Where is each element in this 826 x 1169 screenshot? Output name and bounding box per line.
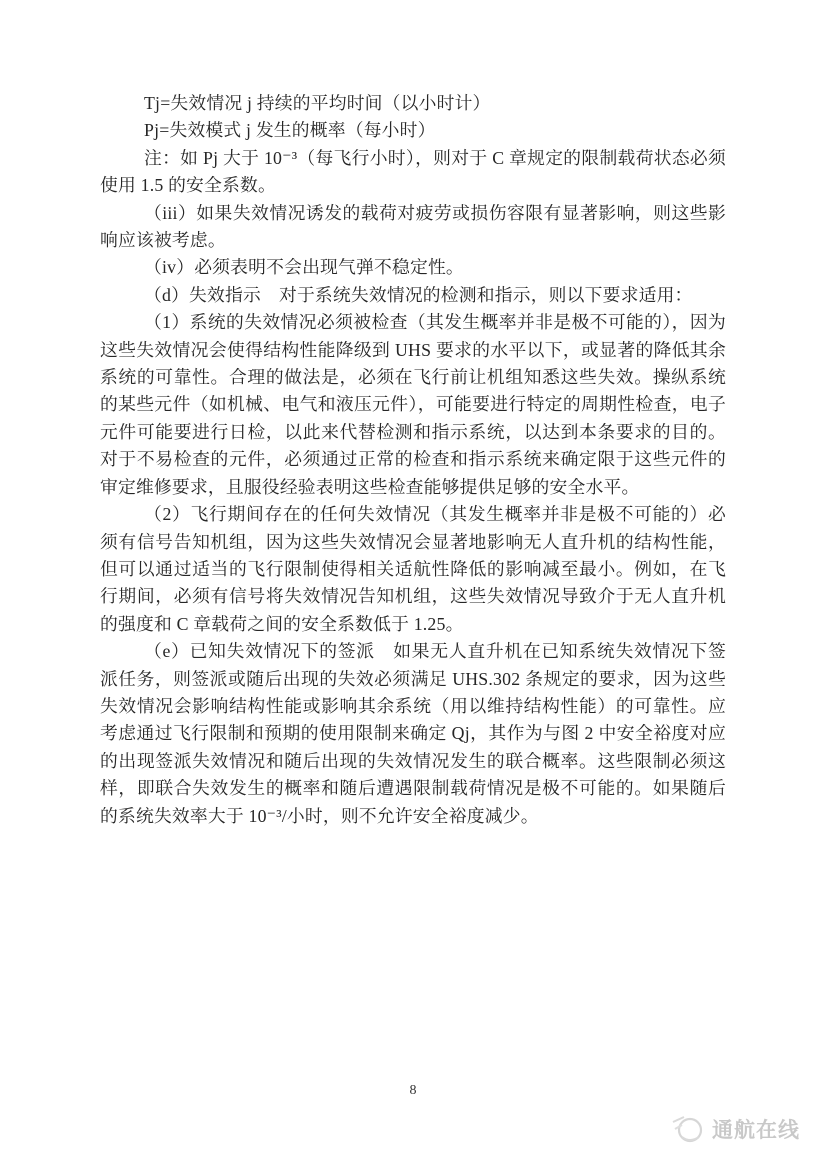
paragraph-d2: （2）飞行期间存在的任何失效情况（其发生概率并非是极不可能的）必须有信号告知机组… — [100, 501, 726, 638]
watermark-logo: 通航在线 — [669, 1110, 800, 1148]
watermark-text: 通航在线 — [712, 1114, 800, 1144]
definition-line-tj: Tj=失效情况 j 持续的平均时间（以小时计） — [100, 90, 726, 117]
page-number: 8 — [0, 1083, 826, 1099]
paragraph-d1: （1）系统的失效情况必须被检查（其发生概率并非是极不可能的），因为这些失效情况会… — [100, 309, 726, 501]
paragraph-e: （e）已知失效情况下的签派 如果无人直升机在已知系统失效情况下签派任务，则签派或… — [100, 638, 726, 830]
paragraph-iii: （iii）如果失效情况诱发的载荷对疲劳或损伤容限有显著影响，则这些影响应该被考虑… — [100, 200, 726, 255]
note-paragraph: 注：如 Pj 大于 10⁻³（每飞行小时），则对于 C 章规定的限制载荷状态必须… — [100, 145, 726, 200]
helicopter-logo-icon — [669, 1110, 707, 1148]
definition-line-pj: Pj=失效模式 j 发生的概率（每小时） — [100, 117, 726, 144]
document-body: Tj=失效情况 j 持续的平均时间（以小时计） Pj=失效模式 j 发生的概率（… — [100, 90, 726, 830]
paragraph-iv: （iv）必须表明不会出现气弹不稳定性。 — [100, 254, 726, 281]
paragraph-d-heading: （d）失效指示 对于系统失效情况的检测和指示，则以下要求适用： — [100, 282, 726, 309]
document-page: Tj=失效情况 j 持续的平均时间（以小时计） Pj=失效模式 j 发生的概率（… — [0, 0, 826, 1169]
